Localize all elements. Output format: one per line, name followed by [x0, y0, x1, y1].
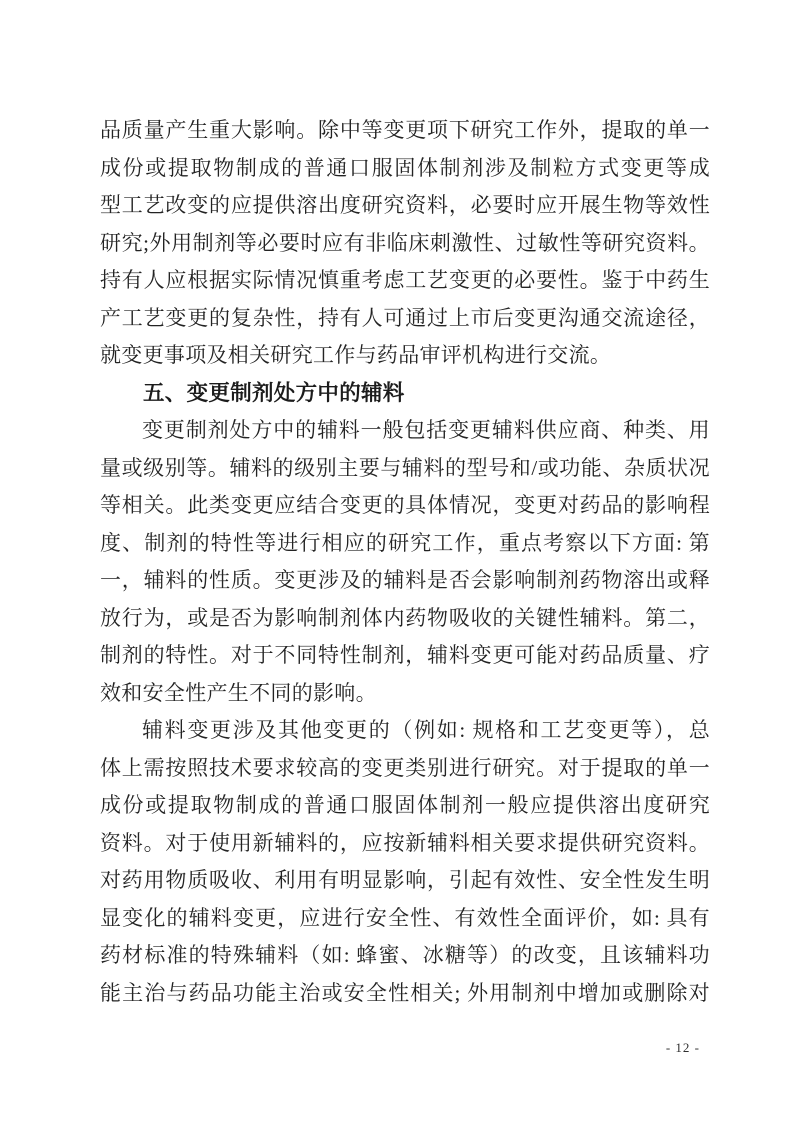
text-line: 辅料变更涉及其他变更的（例如: 规格和工艺变更等），总	[100, 712, 710, 750]
text-line: 度、制剂的特性等进行相应的研究工作，重点考察以下方面: 第	[100, 525, 710, 563]
text-line: 能主治与药品功能主治或安全性相关; 外用制剂中增加或删除对	[100, 975, 710, 1013]
text-line: 资料。对于使用新辅料的，应按新辅料相关要求提供研究资料。	[100, 825, 710, 863]
text-line: 成份或提取物制成的普通口服固体制剂一般应提供溶出度研究	[100, 787, 710, 825]
text-line: 量或级别等。辅料的级别主要与辅料的型号和/或功能、杂质状况	[100, 450, 710, 488]
text-line: 放行为，或是否为影响制剂体内药物吸收的关键性辅料。第二，	[100, 600, 710, 638]
document-page: 品质量产生重大影响。除中等变更项下研究工作外，提取的单一 成份或提取物制成的普通…	[0, 0, 800, 1131]
text-line: 效和安全性产生不同的影响。	[100, 675, 710, 713]
text-line: 对药用物质吸收、利用有明显影响，引起有效性、安全性发生明	[100, 862, 710, 900]
text-line: 产工艺变更的复杂性，持有人可通过上市后变更沟通交流途径，	[100, 300, 710, 338]
text-line: 制剂的特性。对于不同特性制剂，辅料变更可能对药品质量、疗	[100, 637, 710, 675]
text-line: 药材标准的特殊辅料（如: 蜂蜜、冰糖等）的改变，且该辅料功	[100, 937, 710, 975]
text-line: 体上需按照技术要求较高的变更类别进行研究。对于提取的单一	[100, 750, 710, 788]
text-line: 一，辅料的性质。变更涉及的辅料是否会影响制剂药物溶出或释	[100, 562, 710, 600]
text-line: 持有人应根据实际情况慎重考虑工艺变更的必要性。鉴于中药生	[100, 262, 710, 300]
text-line: 成份或提取物制成的普通口服固体制剂涉及制粒方式变更等成	[100, 150, 710, 188]
text-line: 变更制剂处方中的辅料一般包括变更辅料供应商、种类、用	[100, 412, 710, 450]
text-line: 型工艺改变的应提供溶出度研究资料，必要时应开展生物等效性	[100, 187, 710, 225]
page-number: - 12 -	[666, 1040, 700, 1056]
text-line: 等相关。此类变更应结合变更的具体情况，变更对药品的影响程	[100, 487, 710, 525]
section-heading: 五、变更制剂处方中的辅料	[100, 375, 710, 413]
text-line: 品质量产生重大影响。除中等变更项下研究工作外，提取的单一	[100, 112, 710, 150]
text-line: 显变化的辅料变更，应进行安全性、有效性全面评价，如: 具有	[100, 900, 710, 938]
text-block: 品质量产生重大影响。除中等变更项下研究工作外，提取的单一 成份或提取物制成的普通…	[100, 112, 710, 1012]
text-line: 就变更事项及相关研究工作与药品审评机构进行交流。	[100, 337, 710, 375]
text-line: 研究;外用制剂等必要时应有非临床刺激性、过敏性等研究资料。	[100, 225, 710, 263]
